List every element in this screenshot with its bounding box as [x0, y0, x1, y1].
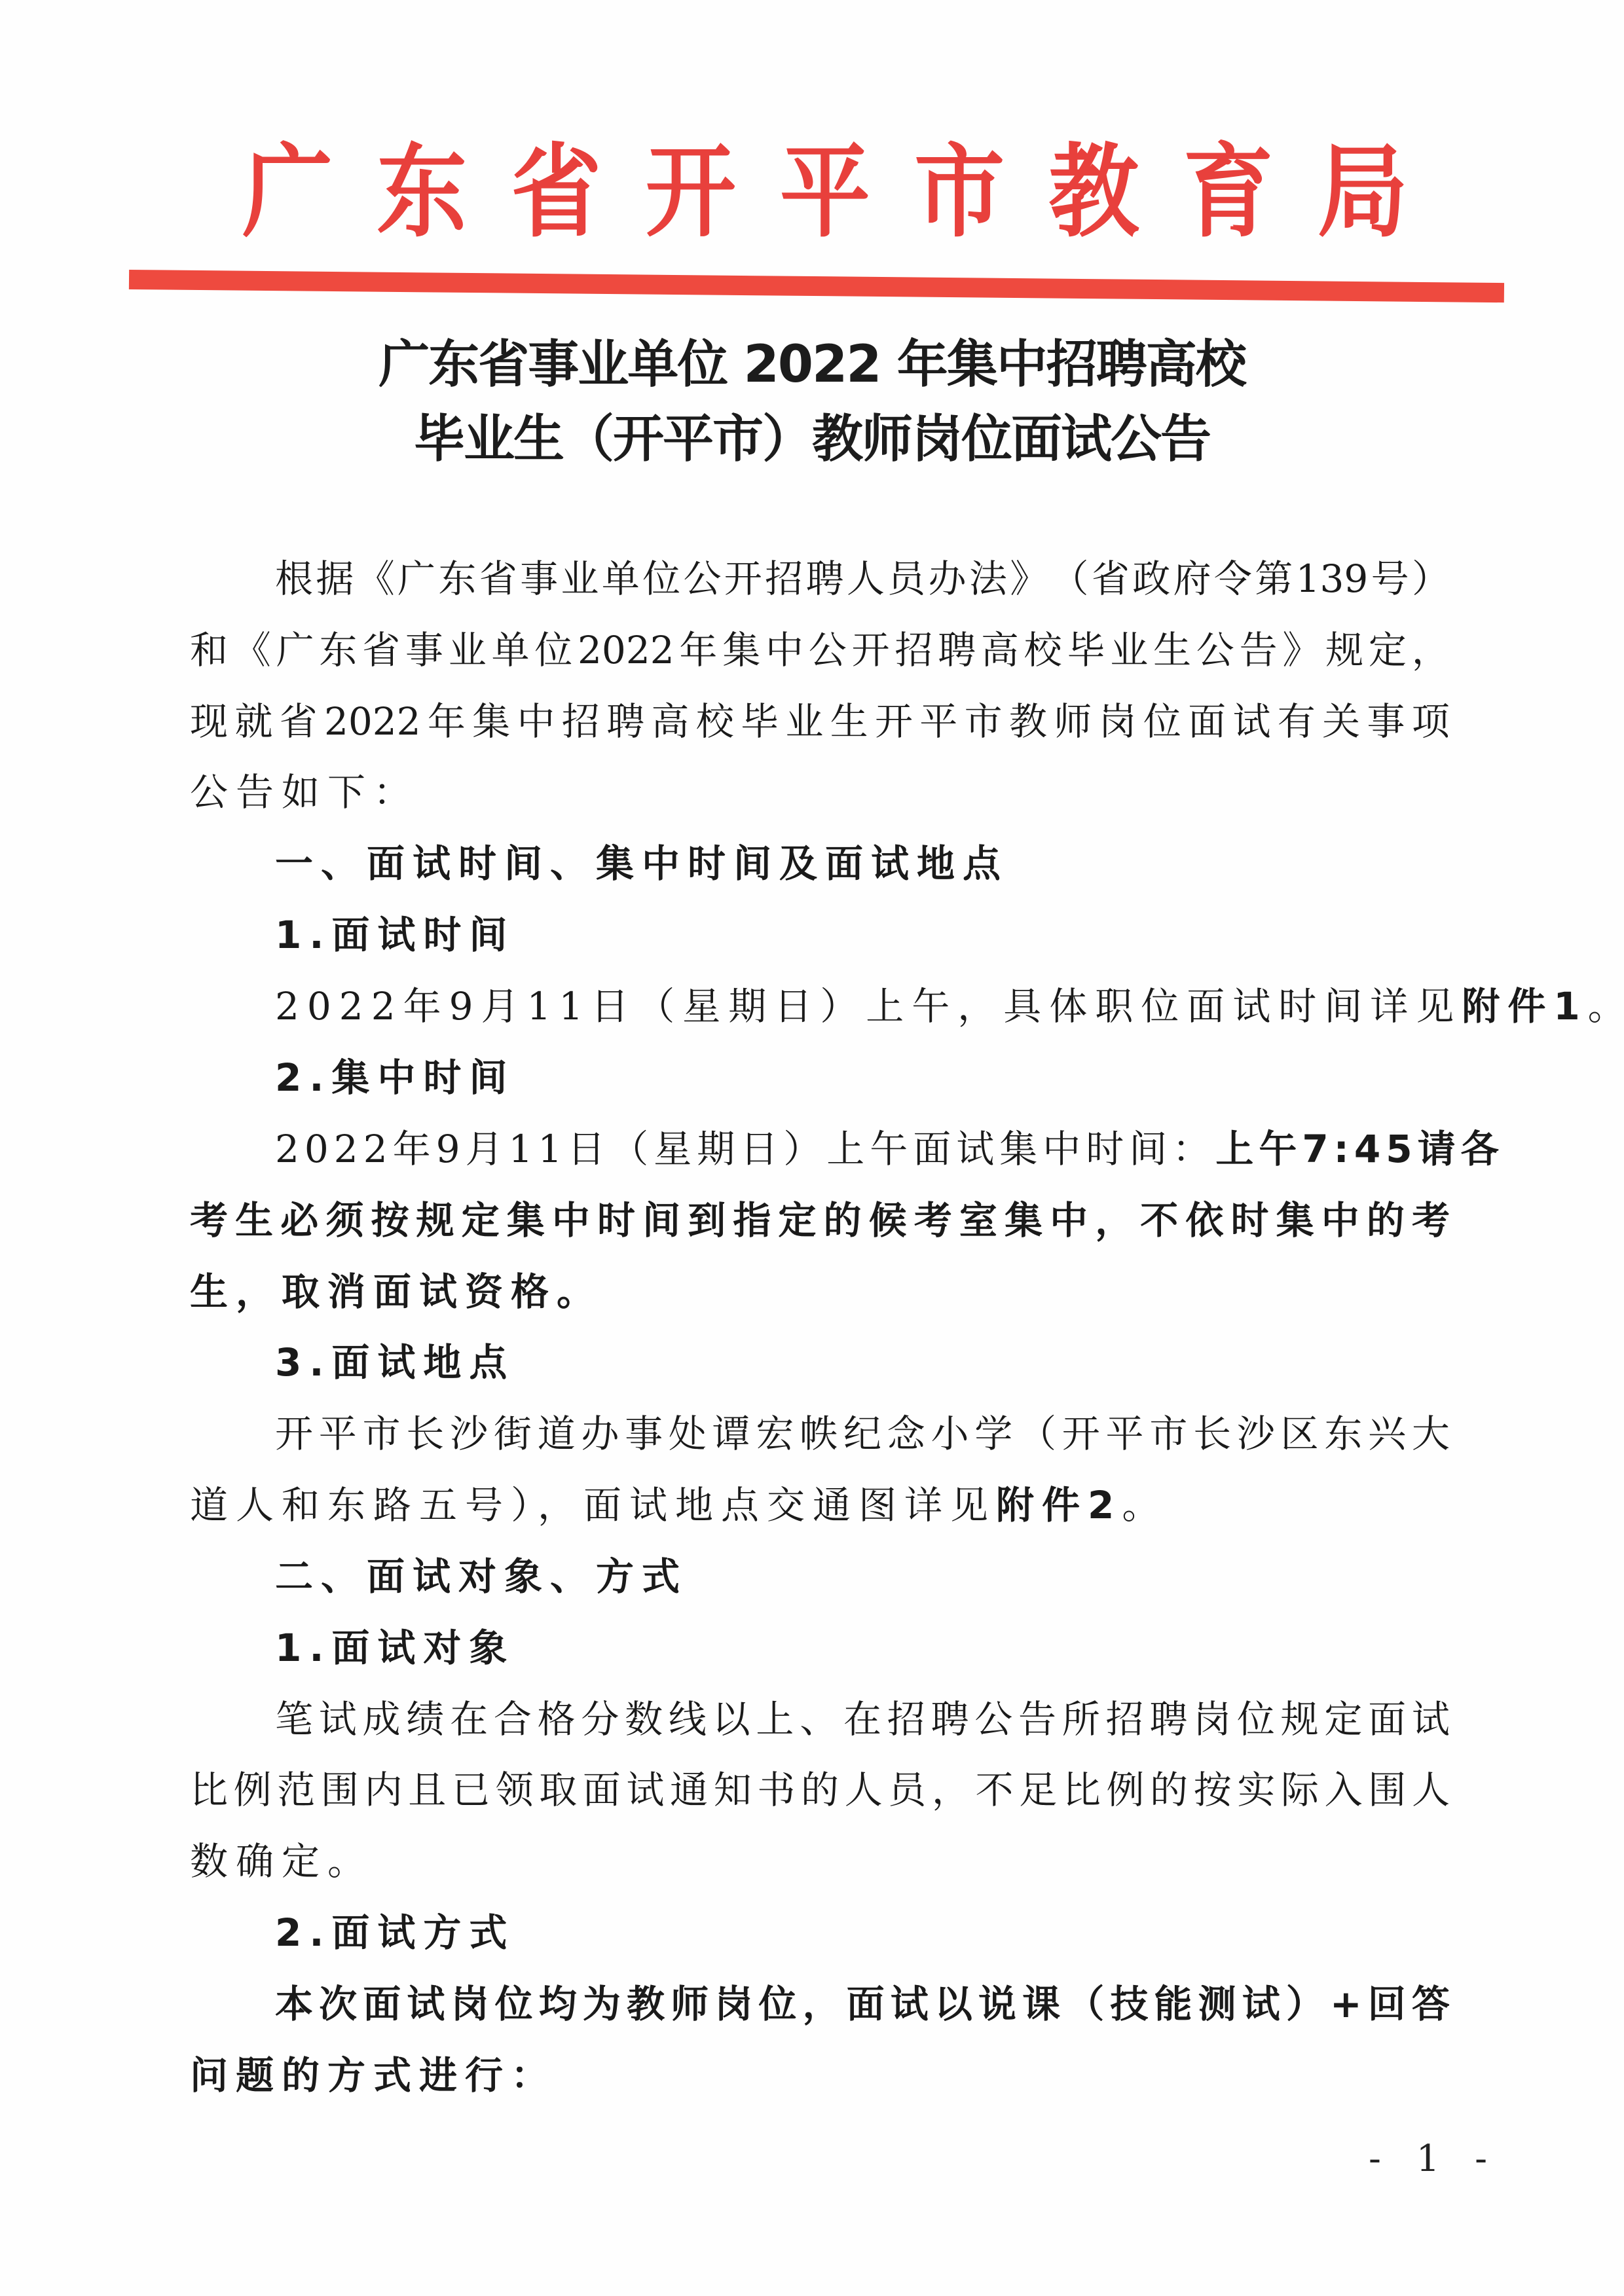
letterhead-char: 东 — [377, 141, 467, 243]
glyph: 学 — [974, 1408, 1012, 1460]
document-title-line-2: 毕业生（开平市）教师岗位面试公告 — [0, 414, 1624, 465]
glyph: 招 — [765, 553, 803, 605]
glyph: 开 — [275, 1408, 313, 1460]
glyph: 集 — [722, 624, 760, 676]
glyph: 成 — [363, 1693, 401, 1745]
glyph: 以 — [712, 1693, 750, 1745]
glyph: 市 — [363, 1408, 401, 1460]
subsection-heading-text: 1.面试对象 — [275, 1622, 515, 1674]
glyph: 开 — [1062, 1408, 1100, 1460]
glyph: 考 — [914, 1194, 952, 1247]
glyph: （ — [1018, 1408, 1056, 1460]
glyph: 沙 — [1237, 1408, 1275, 1460]
glyph: 定 — [1324, 1693, 1362, 1745]
glyph: 省 — [1092, 553, 1130, 605]
glyph: 比 — [190, 1764, 228, 1816]
glyph: 书 — [757, 1764, 795, 1816]
paragraph-text: 道人和东路五号），面试地点交通图详见 — [190, 1479, 996, 1531]
letterhead-char: 开 — [646, 141, 736, 243]
glyph: ） — [1286, 1978, 1324, 2030]
glyph: 府 — [1173, 553, 1211, 605]
glyph: 定 — [462, 1194, 500, 1247]
glyph: 年 — [428, 695, 466, 748]
glyph: 围 — [1368, 1764, 1406, 1816]
section-1-2-heading: 2.集中时间 — [275, 1051, 1450, 1104]
glyph: 公 — [809, 624, 847, 676]
glyph: 事 — [625, 1408, 663, 1460]
glyph: 街 — [494, 1408, 532, 1460]
glyph: 测 — [1198, 1978, 1236, 2030]
glyph: 集 — [472, 695, 510, 748]
glyph: 毕 — [1067, 624, 1105, 676]
glyph: 兴 — [1368, 1408, 1406, 1460]
glyph: 位 — [1143, 695, 1181, 748]
section-2-1-line-2: 比例范围内且已领取面试通知书的人员，不足比例的按实际入围人 — [190, 1764, 1450, 1816]
glyph: 岗 — [451, 1978, 489, 2030]
glyph: 帙 — [800, 1408, 838, 1460]
section-2-2-heading: 2.面试方式 — [275, 1906, 1450, 1959]
glyph: 员 — [888, 1764, 926, 1816]
intro-line-2: 和《广东省事业单位2022年集中公开招聘高校毕业生公告》规定， — [190, 624, 1450, 676]
glyph: 试 — [1232, 695, 1270, 748]
glyph: ， — [1412, 624, 1450, 676]
glyph: 》 — [1282, 624, 1320, 676]
section-1-2-line-2: 考生必须按规定集中时间到指定的候考室集中，不依时集中的考 — [190, 1194, 1450, 1247]
glyph: 集 — [1276, 1194, 1314, 1247]
section-1-2-line-3: 生，取消面试资格。 — [190, 1266, 1450, 1318]
paragraph-text: 2022年9月11日（星期日）上午面试集中时间： — [275, 1123, 1215, 1175]
letterhead-char: 广 — [242, 141, 333, 243]
glyph: 不 — [1140, 1194, 1178, 1247]
glyph: 课 — [1022, 1978, 1060, 2030]
subsection-heading-text: 2.集中时间 — [275, 1051, 515, 1104]
glyph: 不 — [976, 1764, 1014, 1816]
glyph: 说 — [978, 1978, 1016, 2030]
glyph: 、 — [800, 1693, 838, 1745]
glyph: 校 — [1024, 624, 1062, 676]
glyph: 面 — [1368, 1693, 1406, 1745]
paragraph-text: 。 — [1588, 980, 1624, 1032]
glyph: 岗 — [714, 1978, 752, 2030]
glyph: 》 — [1010, 553, 1048, 605]
glyph: 业 — [785, 695, 823, 748]
glyph: 技 — [1110, 1978, 1148, 2030]
glyph: 通 — [670, 1764, 708, 1816]
glyph: 绩 — [406, 1693, 444, 1745]
glyph: 事 — [1367, 695, 1405, 748]
glyph: 中 — [766, 624, 803, 676]
glyph: 平 — [1106, 1408, 1144, 1460]
glyph: ， — [1095, 1194, 1133, 1247]
glyph: 生 — [1153, 624, 1191, 676]
glyph: 事 — [405, 624, 443, 676]
glyph: 规 — [416, 1194, 454, 1247]
letterhead-char: 省 — [511, 141, 601, 243]
emphasis-text: 考生必须按规定集中时间到指定的候考室集中，不依时集中的考 — [190, 1194, 1450, 1247]
glyph: 所 — [1062, 1693, 1100, 1745]
intro-line-3: 现就省2022年集中招聘高校毕业生开平市教师岗位面试有关事项 — [190, 695, 1450, 748]
glyph: 足 — [1019, 1764, 1057, 1816]
glyph: 人 — [1412, 1764, 1450, 1816]
glyph: 省 — [280, 695, 318, 748]
letterhead-char: 局 — [1318, 141, 1408, 243]
glyph: 的 — [801, 1764, 839, 1816]
glyph: 数 — [625, 1693, 663, 1745]
letterhead-char: 教 — [1048, 141, 1139, 243]
glyph: 例 — [234, 1764, 272, 1816]
glyph: 据 — [316, 553, 354, 605]
glyph: 的 — [1367, 1194, 1405, 1247]
glyph: 教 — [627, 1978, 665, 2030]
glyph: 市 — [965, 695, 1003, 748]
subsection-heading-text: 2.面试方式 — [275, 1906, 515, 1959]
glyph: 为 — [583, 1978, 621, 2030]
glyph: 长 — [406, 1408, 444, 1460]
glyph: 到 — [688, 1194, 726, 1247]
glyph: 试 — [1412, 1693, 1450, 1745]
glyph: 面 — [1188, 695, 1226, 748]
glyph: 候 — [869, 1194, 907, 1247]
glyph: 本 — [275, 1978, 313, 2030]
glyph: 事 — [520, 553, 558, 605]
section-heading-text: 二、面试对象、方式 — [275, 1550, 688, 1603]
section-2-1-heading: 1.面试对象 — [275, 1622, 1450, 1674]
paragraph-text: 和《广东省事业单位2022年集中公开招聘高校毕业生公告》规定， — [190, 624, 1450, 676]
glyph: 广 — [276, 624, 314, 676]
glyph: 道 — [538, 1408, 576, 1460]
glyph: 知 — [714, 1764, 752, 1816]
glyph: 139 — [1296, 553, 1369, 605]
glyph: 开 — [875, 695, 913, 748]
glyph: 项 — [1412, 695, 1450, 748]
glyph: 东 — [319, 624, 357, 676]
glyph: 集 — [507, 1194, 545, 1247]
subsection-heading-text: 3.面试地点 — [275, 1336, 515, 1389]
glyph: 校 — [696, 695, 734, 748]
glyph: 关 — [1322, 695, 1360, 748]
glyph: 聘 — [606, 695, 644, 748]
emphasis-text: 生，取消面试资格。 — [190, 1266, 602, 1318]
attachment-1-ref: 附件1 — [1462, 980, 1587, 1032]
glyph: 念 — [887, 1408, 925, 1460]
glyph: 能 — [1154, 1978, 1192, 2030]
glyph: 时 — [597, 1194, 635, 1247]
glyph: 面 — [583, 1764, 621, 1816]
glyph: 开 — [852, 624, 890, 676]
glyph: （ — [1051, 553, 1089, 605]
intro-line-4: 公告如下： — [190, 766, 1450, 818]
glyph: 办 — [929, 553, 967, 605]
glyph: 招 — [1106, 1693, 1144, 1745]
emphasis-text: 问题的方式进行： — [190, 2049, 557, 2102]
letterhead-char: 市 — [914, 141, 1005, 243]
intro-line-1: 根据《广东省事业单位公开招聘人员办法》（省政府令第139号） — [275, 553, 1450, 605]
glyph: 长 — [1193, 1408, 1231, 1460]
glyph: 公 — [974, 1693, 1012, 1745]
glyph: （ — [1066, 1978, 1104, 2030]
glyph: 必 — [280, 1194, 318, 1247]
glyph: 宏 — [756, 1408, 794, 1460]
glyph: 位 — [534, 624, 572, 676]
glyph: 时 — [1231, 1194, 1269, 1247]
letterhead-char: 平 — [780, 141, 870, 243]
section-1-heading: 一、面试时间、集中时间及面试地点 — [275, 837, 1450, 890]
document-title-line-1: 广东省事业单位 2022 年集中招聘高校 — [0, 339, 1624, 390]
glyph: 围 — [321, 1764, 359, 1816]
glyph: 规 — [1325, 624, 1363, 676]
glyph: 纪 — [843, 1408, 881, 1460]
subsection-heading-text: 1.面试时间 — [275, 909, 515, 961]
glyph: 格 — [538, 1693, 576, 1745]
glyph: 指 — [733, 1194, 771, 1247]
glyph: 聘 — [931, 1693, 969, 1745]
glyph: 回 — [1368, 1978, 1406, 2030]
letterhead-char: 育 — [1183, 141, 1274, 243]
glyph: 间 — [642, 1194, 680, 1247]
glyph: 已 — [452, 1764, 490, 1816]
emphasis-text: 本次面试岗位均为教师岗位，面试以说课（技能测试）+回答 — [275, 1978, 1450, 2030]
glyph: 范 — [277, 1764, 315, 1816]
glyph: 人 — [847, 553, 885, 605]
glyph: 生 — [235, 1194, 273, 1247]
glyph: 位 — [758, 1978, 796, 2030]
glyph: 毕 — [741, 695, 779, 748]
glyph: 招 — [887, 1693, 925, 1745]
paragraph-text: 根据《广东省事业单位公开招聘人员办法》（省政府令第139号） — [275, 553, 1450, 605]
glyph: 试 — [626, 1764, 664, 1816]
glyph: 例 — [1106, 1764, 1144, 1816]
paragraph-text: 数确定。 — [190, 1835, 373, 1887]
glyph: 面 — [363, 1978, 401, 2030]
glyph: 小 — [931, 1408, 969, 1460]
glyph: 高 — [981, 624, 1019, 676]
section-2-2-line-1: 本次面试岗位均为教师岗位，面试以说课（技能测试）+回答 — [275, 1978, 1450, 2030]
glyph: 招 — [895, 624, 932, 676]
glyph: 第 — [1255, 553, 1293, 605]
glyph: 业 — [449, 624, 487, 676]
section-2-heading: 二、面试对象、方式 — [275, 1550, 1450, 1603]
section-1-3-line-2: 道人和东路五号），面试地点交通图详见附件2。 — [190, 1479, 1450, 1531]
glyph: 均 — [539, 1978, 577, 2030]
glyph: 位 — [1237, 1693, 1275, 1745]
section-heading-text: 一、面试时间、集中时间及面试地点 — [275, 837, 1008, 890]
glyph: 位 — [495, 1978, 533, 2030]
glyph: 位 — [642, 553, 680, 605]
glyph: ， — [803, 1978, 841, 2030]
page-number: - 1 - — [1369, 2138, 1499, 2180]
glyph: 市 — [1149, 1408, 1187, 1460]
glyph: 人 — [845, 1764, 883, 1816]
section-1-1-text: 2022年9月11日（星期日）上午，具体职位面试时间详见附件1。 — [275, 980, 1450, 1032]
glyph: 令 — [1214, 553, 1252, 605]
paragraph-text: 公告如下： — [190, 766, 419, 818]
glyph: 须 — [325, 1194, 363, 1247]
glyph: 招 — [562, 695, 600, 748]
glyph: 内 — [365, 1764, 403, 1816]
glyph: + — [1330, 1978, 1362, 2030]
glyph: 聘 — [1149, 1693, 1187, 1745]
glyph: 考 — [1412, 1194, 1450, 1247]
glyph: 办 — [581, 1408, 619, 1460]
glyph: 中 — [1050, 1194, 1088, 1247]
glyph: 东 — [438, 553, 476, 605]
glyph: 广 — [397, 553, 435, 605]
glyph: 开 — [724, 553, 762, 605]
glyph: 答 — [1412, 1978, 1450, 2030]
glyph: 室 — [959, 1194, 997, 1247]
glyph: 平 — [919, 695, 957, 748]
glyph: 年 — [679, 624, 717, 676]
glyph: 师 — [671, 1978, 709, 2030]
glyph: 2022 — [324, 695, 421, 748]
glyph: 定 — [778, 1194, 816, 1247]
glyph: 中 — [552, 1194, 590, 1247]
section-1-1-heading: 1.面试时间 — [275, 909, 1450, 961]
glyph: 政 — [1132, 553, 1170, 605]
glyph: 在 — [843, 1693, 881, 1745]
glyph: 2022 — [578, 624, 674, 676]
glyph: 次 — [319, 1978, 357, 2030]
paragraph-text: 开平市长沙街道办事处谭宏帙纪念小学（开平市长沙区东兴大 — [275, 1408, 1450, 1460]
letterhead-org-name: 广 东 省 开 平 市 教 育 局 — [242, 143, 1408, 241]
glyph: ） — [1412, 553, 1450, 605]
glyph: 东 — [1324, 1408, 1362, 1460]
glyph: 告 — [1240, 624, 1278, 676]
glyph: 告 — [1018, 1693, 1056, 1745]
paragraph-text: 。 — [1122, 1479, 1168, 1531]
glyph: 上 — [756, 1693, 794, 1745]
section-1-3-heading: 3.面试地点 — [275, 1336, 1450, 1389]
glyph: 聘 — [938, 624, 976, 676]
glyph: 领 — [495, 1764, 533, 1816]
glyph: 沙 — [450, 1408, 488, 1460]
glyph: 师 — [1054, 695, 1092, 748]
glyph: 省 — [362, 624, 400, 676]
glyph: 岗 — [1193, 1693, 1231, 1745]
glyph: 号 — [1371, 553, 1409, 605]
glyph: 且 — [408, 1764, 446, 1816]
section-1-2-line-1: 2022年9月11日（星期日）上午面试集中时间：上午7:45请各 — [275, 1123, 1450, 1175]
document-page: 广 东 省 开 平 市 教 育 局 广东省事业单位 2022 年集中招聘高校 毕… — [0, 0, 1624, 2296]
glyph: 区 — [1281, 1408, 1319, 1460]
glyph: 线 — [669, 1693, 707, 1745]
paragraph-text: 现就省2022年集中招聘高校毕业生开平市教师岗位面试有关事项 — [190, 695, 1450, 748]
section-2-2-line-2: 问题的方式进行： — [190, 2049, 1450, 2102]
glyph: 定 — [1369, 624, 1407, 676]
glyph: 员 — [887, 553, 925, 605]
glyph: 单 — [602, 553, 640, 605]
glyph: 《 — [357, 553, 395, 605]
paragraph-text: 比例范围内且已领取面试通知书的人员，不足比例的按实际入围人 — [190, 1764, 1450, 1816]
glyph: 试 — [1242, 1978, 1280, 2030]
glyph: 以 — [934, 1978, 972, 2030]
glyph: 公 — [683, 553, 721, 605]
glyph: 高 — [651, 695, 689, 748]
glyph: 平 — [319, 1408, 357, 1460]
glyph: 就 — [234, 695, 272, 748]
glyph: 教 — [1009, 695, 1047, 748]
glyph: 根 — [275, 553, 313, 605]
glyph: 公 — [1196, 624, 1234, 676]
glyph: 《 — [233, 624, 271, 676]
glyph: 集 — [1005, 1194, 1043, 1247]
glyph: 大 — [1412, 1408, 1450, 1460]
glyph: 生 — [830, 695, 868, 748]
glyph: 试 — [407, 1978, 445, 2030]
glyph: 际 — [1281, 1764, 1319, 1816]
paragraph-text: 笔试成绩在合格分数线以上、在招聘公告所招聘岗位规定面试 — [275, 1693, 1450, 1745]
glyph: ， — [932, 1764, 970, 1816]
glyph: 考 — [190, 1194, 228, 1247]
glyph: 取 — [539, 1764, 577, 1816]
glyph: 在 — [450, 1693, 488, 1745]
glyph: 的 — [1150, 1764, 1188, 1816]
glyph: 依 — [1185, 1194, 1223, 1247]
glyph: 按 — [1194, 1764, 1232, 1816]
glyph: 中 — [517, 695, 555, 748]
glyph: 处 — [669, 1408, 707, 1460]
glyph: 法 — [969, 553, 1007, 605]
glyph: 合 — [494, 1693, 532, 1745]
glyph: 有 — [1278, 695, 1316, 748]
glyph: 笔 — [275, 1693, 313, 1745]
glyph: 省 — [479, 553, 517, 605]
emphasis-text: 上午7:45请各 — [1215, 1123, 1504, 1175]
section-1-3-line-1: 开平市长沙街道办事处谭宏帙纪念小学（开平市长沙区东兴大 — [275, 1408, 1450, 1460]
glyph: 业 — [561, 553, 599, 605]
glyph: 岗 — [1099, 695, 1137, 748]
glyph: 现 — [190, 695, 228, 748]
paragraph-text: 2022年9月11日（星期日）上午，具体职位面试时间详见 — [275, 980, 1462, 1032]
glyph: 入 — [1325, 1764, 1363, 1816]
glyph: 试 — [319, 1693, 357, 1745]
glyph: 和 — [190, 624, 228, 676]
section-2-1-line-3: 数确定。 — [190, 1835, 1450, 1887]
glyph: 聘 — [805, 553, 843, 605]
glyph: 单 — [491, 624, 529, 676]
letterhead-red-rule — [129, 270, 1504, 302]
glyph: 规 — [1281, 1693, 1319, 1745]
glyph: 试 — [891, 1978, 929, 2030]
glyph: 的 — [824, 1194, 862, 1247]
glyph: 实 — [1237, 1764, 1275, 1816]
glyph: 谭 — [712, 1408, 750, 1460]
glyph: 比 — [1063, 1764, 1101, 1816]
glyph: 面 — [847, 1978, 885, 2030]
attachment-2-ref: 附件2 — [996, 1479, 1122, 1531]
glyph: 按 — [371, 1194, 409, 1247]
glyph: 业 — [1110, 624, 1148, 676]
glyph: 分 — [581, 1693, 619, 1745]
glyph: 中 — [1321, 1194, 1359, 1247]
section-2-1-line-1: 笔试成绩在合格分数线以上、在招聘公告所招聘岗位规定面试 — [275, 1693, 1450, 1745]
